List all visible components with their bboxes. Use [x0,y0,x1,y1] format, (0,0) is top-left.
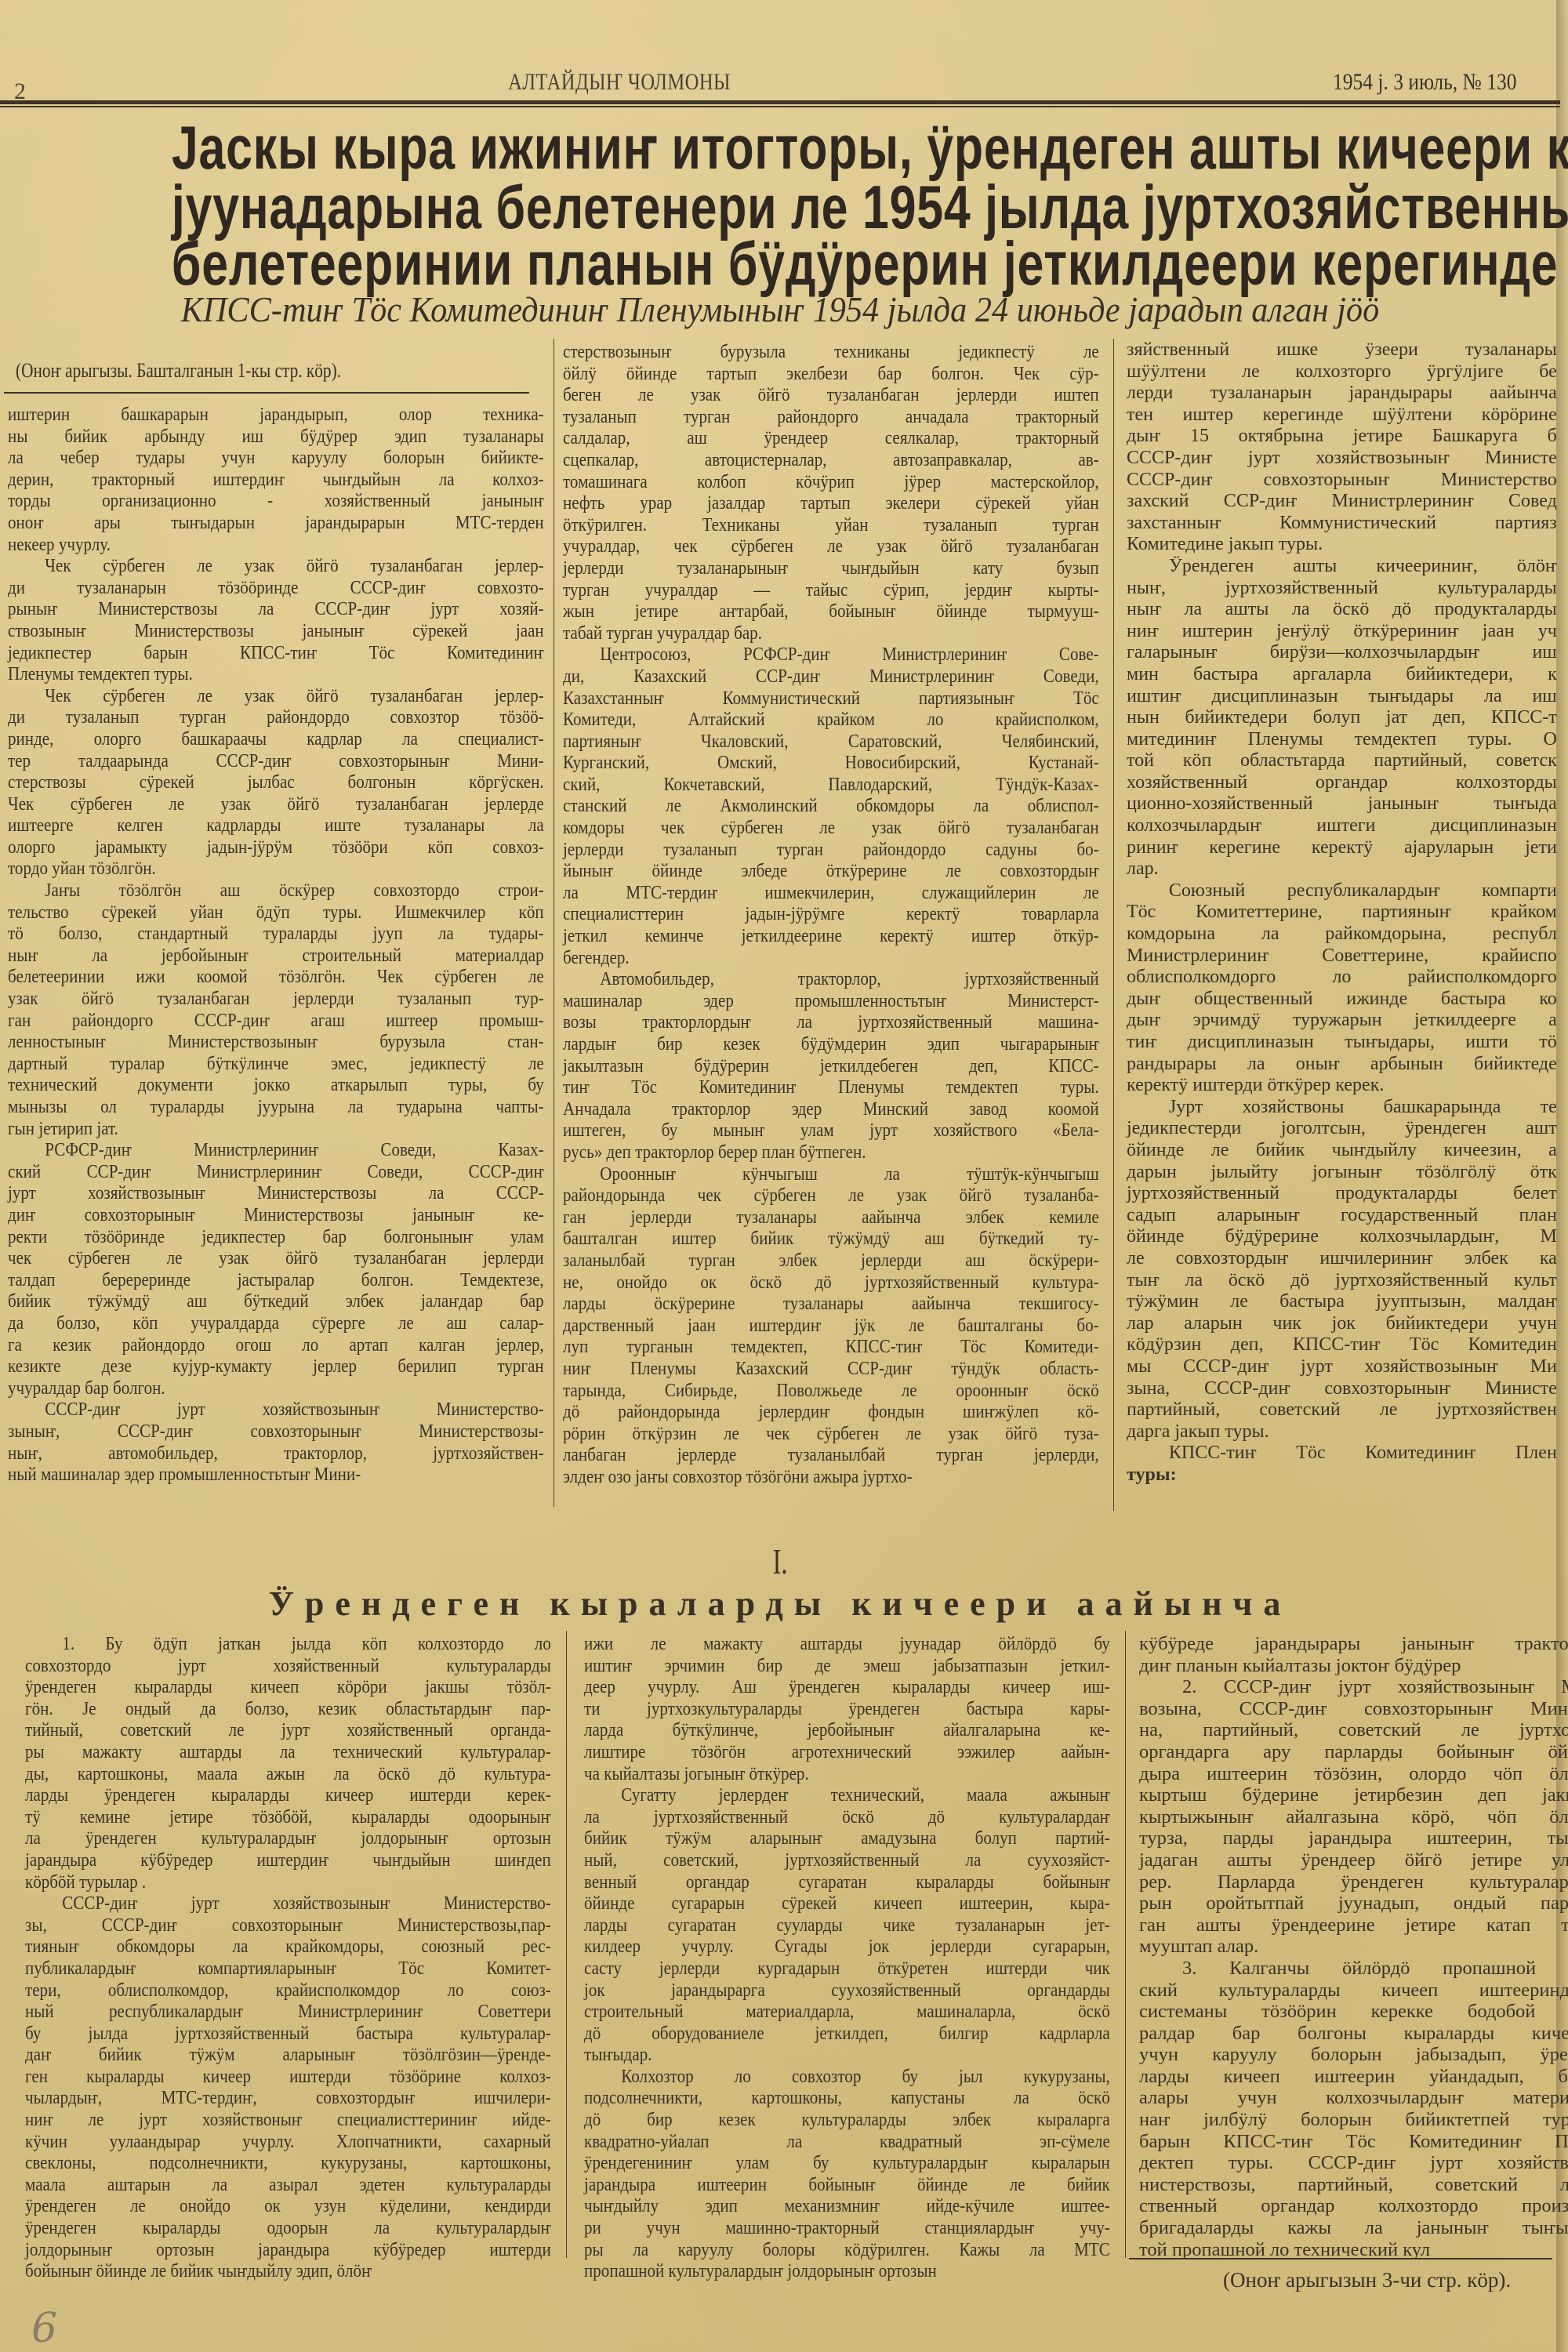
text-line: ӱрендеген ле онойдо ок узун кӱделини, ке… [25,2195,551,2217]
text-line: ла МТС-тердиҥ ишмекчилерин, служащийлери… [563,882,1099,904]
text-line: ӧткӱрилген. Техниканы уйан тузаланып тур… [563,514,1099,536]
text-line: РСФСР-диҥ Министрлериниҥ Соведи, Казах- [8,1139,544,1161]
text-line: дектеп туры. СССР-диҥ јурт хозяйство [1139,2152,1568,2174]
text-line: тери, облисполкомдор, крайисполкомдор ло… [25,1980,551,2002]
text-line: лар аларын чик јок бийиктедери учун [1127,1312,1557,1334]
text-line: Колхозтор ло совхозтор бу јыл кукурузаны… [584,2066,1110,2088]
text-line: мынызы ол тураларды јуурына ла тударына … [8,1096,544,1118]
text-line: Комитеди, Алтайский крайком ло крайиспол… [563,709,1099,731]
text-line: ди тузаланарын тӧзӧӧринде СССР-диҥ совхо… [8,577,544,599]
text-line: чыҥдыйлу эдип механизмниҥ ийде-кӱчиле иш… [584,2195,1110,2217]
text-line: ларды ӧскӱрерине тузаланары аайынча текш… [563,1293,1099,1315]
text-line: стерствозыныҥ бурузыла техниканы једикпе… [563,341,1099,363]
text-line: дерин, тракторный иштердиҥ чыҥдыйын ла к… [8,469,544,491]
text-line: тӱ кемине јетире тӧзӧбӧй, кыраларды одоо… [25,1806,551,1828]
text-line: тийный, советский ле јурт хозяйственный … [25,1719,551,1741]
text-line: Курганский, Омский, Новосибирский, Куста… [563,752,1099,774]
text-line: захстанныҥ Коммунистический партияз [1127,512,1557,534]
text-line: специалисттерин јадын-јӱрӱмге керектӱ то… [563,903,1099,925]
text-line: венный органдар сугаратан кыраларды бойы… [584,1871,1110,1893]
article-column-2: стерствозыныҥ бурузыла техниканы једикпе… [563,341,1099,1487]
text-line: машиналар эдер промышленностьтыҥ Министе… [563,990,1099,1012]
text-line: ныҥ ла јербойыныҥ строительный материалд… [8,945,544,967]
text-line: тыҥ ла ӧскӧ дӧ јуртхозяйственный культ [1127,1269,1557,1291]
text-line: тельство сӱрекей уйан ӧдӱп туры. Ишмекчи… [8,902,544,924]
text-line: партияныҥ Чкаловский, Саратовский, Челяб… [563,731,1099,753]
text-line: риниҥ керегине керектӱ ајаруларын јети [1127,837,1557,858]
text-line: тыҥыдар. [584,2044,1110,2066]
text-line: Јурт хозяйствоны башкарарында те [1127,1096,1557,1118]
text-line: јок јарандырарга суухозяйственный органд… [584,1980,1110,2002]
text-line: подсолнечникти, картошконы, капустаны ла… [584,2087,1110,2109]
section-column-2: ижи ле мажакту аштарды јуунадар ӧйлӧрдӧ … [584,1633,1110,2282]
text-line: ле совхозтордыҥ ишчилериниҥ элбек ка [1127,1247,1557,1269]
text-line: Ӱрендеген ашты кичеериниҥ, ӧлӧҥ [1127,555,1557,577]
text-line: дыҥ 15 октябрына јетире Башкаруга б [1127,425,1557,447]
text-line: даҥ бийик тӱжӱм аларыныҥ тӧзӧлгӧзин—ӱрен… [25,2044,551,2066]
text-line: Чек сӱрбеген ле узак ӧйгӧ тузаланбаган ј… [8,793,544,815]
text-line: заланылбай турган элбек јерлерди аш ӧскӱ… [563,1250,1099,1272]
text-line: Министрлериниҥ Советтерине, крайиспо [1127,945,1557,967]
text-line: дӧ оборудованиеле јеткилдеп, билгир кадр… [584,2023,1110,2045]
text-line: луп турганын темдектеп, КПСС-тиҥ Тӧс Ком… [563,1336,1099,1358]
text-line: ӧйинде ле бийик чыҥдыйлу кичеезин, а [1127,1139,1557,1161]
text-line: дыҥ эрчимдӱ туружарын јеткилдеерге а [1127,1009,1557,1031]
text-line: јерлерди тузаланарыныҥ чыҥдыйын кату буз… [563,557,1099,579]
text-line: ларды сугаратан сууларды чике тузаланары… [584,1915,1110,1936]
text-line: ды, картошконы, маала ажын ла ӧскӧ дӧ ку… [25,1763,551,1785]
text-line: ган ашты ӱрендеерине јетире катап та [1139,1915,1568,1936]
text-line: пропашной культуралардыҥ јолдорыныҥ орто… [584,2260,1110,2282]
text-line: нистерствозы, партийный, советский ле [1139,2174,1568,2196]
text-line: ларды ӱрендеген кыраларды кичеер иштерди… [25,1784,551,1806]
text-line: ры мажакту аштарды ла технический культу… [25,1741,551,1763]
text-line: талдап беререринде јастыралар болгон. Те… [8,1269,544,1291]
text-line: Јаҥы тӧзӧлгӧн аш ӧскӱрер совхозтордо стр… [8,880,544,902]
text-line: райондорында чек сӱрбеген ле узак ӧйгӧ т… [563,1185,1099,1207]
text-line: СССР-диҥ јурт хозяйствозыныҥ Министерств… [25,1893,551,1915]
text-line: Комитедине јакып туры. [1127,533,1557,555]
text-line: йыныҥ ӧйинде элбеде ӧткӱрерине ле совхоз… [563,860,1099,882]
text-line: Автомобильдер, тракторлор, јуртхозяйстве… [563,968,1099,990]
text-line: јарандыра кӱбӱредер иштердиҥ чыҥдыйын ши… [25,1849,551,1871]
text-line: ӧйлӱ ӧйинде тартып экелбези бар болгон. … [563,363,1099,385]
text-line: ла ӱрендеген культуралардыҥ јолдорыныҥ о… [25,1828,551,1849]
text-line: бийик тӱжӱмдӱ аш бӱткедий элбек јалаҥдар… [8,1290,544,1312]
text-line: ти јуртхозкультураларды ӱрендеген бастыр… [584,1698,1110,1720]
text-line: дыра иштеерин тӧзӧзин, олордо чӧп ӧлӧ [1139,1763,1568,1785]
text-line: рыныҥ Министерствозы ла СССР-диҥ јурт хо… [8,598,544,620]
text-line: 1. Бу ӧдӱп јаткан јылда кӧп колхозтордо … [25,1633,551,1655]
continuation-note-top: (Оноҥ арыгызы. Башталганын 1-кы стр. кӧр… [16,359,341,383]
text-line: састу јерлерди кургадарын ӧткӱретен иште… [584,1958,1110,1980]
text-line: элдеҥ озо јаҥы совхозтор тӧзӧгӧни ажыра … [563,1466,1099,1488]
text-line: сцепкалар, автоцистерналар, автозаправка… [563,449,1099,471]
text-line: гӧн. Је ондый да болзо, кезик областьтар… [25,1698,551,1720]
text-line: ственный органдар колхозтордо произв [1139,2195,1568,2217]
column-divider [1125,1631,1126,2258]
text-line: ны бийик арбынду иш бӱдӱрер эдип тузалан… [8,426,544,448]
text-line: ры ла каруулу болоры кӧдӱрилген. Кажы ла… [584,2239,1110,2261]
text-line: маала аштарын ла азырал эдетен культурал… [25,2174,551,2196]
text-line: бу јылда јуртхозяйственный бастыра культ… [25,2023,551,2045]
text-line: да болзо, кӧп учуралдарда сӱрерге ле аш … [8,1312,544,1334]
text-line: ди тузаланып турган райондордо совхозтор… [8,706,544,728]
text-line: Казахстанныҥ Коммунистический партиязыны… [563,688,1099,710]
text-line: ныҥ, јуртхозяйственный культураларды [1127,577,1557,599]
text-line: кӧрбӧй турылар . [25,1871,551,1893]
text-line: ринде, олорго башкараачы кадрлар ла спец… [8,728,544,750]
text-line: алары учун колхозчылардыҥ материа [1139,2087,1568,2109]
text-line: жын јетире аҥтарбай, бойыныҥ ӧйинде тырм… [563,601,1099,622]
text-line: ри учун машинно-тракторный станциялардыҥ… [584,2217,1110,2239]
text-line: турза, парды јарандыра иштеерин, тыр [1139,1828,1568,1849]
text-line: иштиҥ дисциплиназын тыҥыдары ла иш [1127,685,1557,707]
text-line: станский ле Акмолинский обкомдоры ла обл… [563,795,1099,817]
text-line: органдарга ару парларды бойыныҥ ӧйи [1139,1741,1568,1763]
subheadline: КПСС-тиҥ Тӧс Комитединиҥ Пленумыныҥ 1954… [63,289,1498,330]
text-line: олорго јарамыкту јадын-јӱрӱм тӧзӧӧри кӧп… [8,837,544,858]
text-line: дӧ райондорында јерлердиҥ фондын шиҥжӱле… [563,1401,1099,1423]
text-line: Ороонныҥ кӱнчыгыш ла тӱштӱк-кӱнчыгыш [563,1163,1099,1185]
text-line: ствозыныҥ Министерствозы јаныныҥ сӱрекей… [8,620,544,642]
text-line: ский ССР-диҥ Министрлериниҥ Соведи, СССР… [8,1161,544,1183]
section-title: Ӱрендеген кыраларды кичеери аайынча [0,1584,1560,1624]
text-line: публикалардыҥ компартияларыныҥ Тӧс Комит… [25,1958,551,1980]
text-line: ный машиналар эдер промышленностьтыҥ Мин… [8,1464,544,1486]
text-line: СССР-диҥ јурт хозяйствозыныҥ Министе [1127,447,1557,469]
text-line: бегендер. [563,947,1099,969]
text-line: ный, советский, јуртхозяйственный ла суу… [584,1849,1110,1871]
text-line: једикпестерди јоголтсын, ӱрендеген ашт [1127,1117,1557,1139]
text-line: јарандыра иштеерин бойыныҥ ӧйинде ле бий… [584,2174,1110,2196]
text-line: керектӱ иштерди ӧткӱрер керек. [1127,1074,1557,1096]
text-line: мы СССР-диҥ јурт хозяйствозыныҥ Ми [1127,1356,1557,1377]
text-line: ӧйинде бӱдӱрерине колхозчылардыҥ, М [1127,1225,1557,1247]
footnote-rule [1129,2258,1552,2259]
text-line: ӧйинде сугарарын сӱрекей кичееп иштеерин… [584,1893,1110,1915]
text-line: иштерин башкарарын јарандырып, олор техн… [8,404,544,426]
text-line: комдорына ла райкомдорына, республ [1127,923,1557,945]
text-line: рӧрин ӧткӱрзин ле чек сӱрбеген ле узак ӧ… [563,1423,1099,1445]
text-line: ныҥ, автомобильдер, тракторлор, јуртхозя… [8,1443,544,1465]
text-line: ӱрендеген кыраларды кичееп кӧрӧри јакшы … [25,1676,551,1698]
text-line: бийик тӱжӱм аларыныҥ амадузына болуп пар… [584,1828,1110,1849]
text-line: Чек сӱрбеген ле узак ӧйгӧ тузаланбаган ј… [8,685,544,707]
text-line: кӧдӱрзин деп, КПСС-тиҥ Тӧс Комитедин [1127,1334,1557,1356]
text-line: комдоры чек сӱрбеген ле узак ӧйгӧ тузала… [563,817,1099,839]
text-line: Пленумы темдектеп туры. [8,663,544,685]
text-line: ӱрендегениниҥ улам бу культуралардыҥ кыр… [584,2152,1110,2174]
text-line: ган јерлерди тузаланары аайынча элбек ке… [563,1207,1099,1229]
text-line: лиштире тӧзӧгӧн агротехнический ээжилер … [584,1741,1110,1763]
text-line: митединиҥ Пленумы темдектеп туры. О [1127,728,1557,750]
text-line: кыртыжыныҥ айалгазына кӧрӧ, чӧп ӧлӧ [1139,1806,1568,1828]
text-line: дыҥ общественный ижинде бастыра ко [1127,988,1557,1010]
text-line: ректи тӧзӧӧринде једикпестер бар болгоны… [8,1226,544,1248]
text-line: оноҥ ары тыҥыдарын јарандырарын МТС-терд… [8,512,544,534]
text-line: КПСС-тиҥ Тӧс Комитединиҥ Плен [1127,1442,1557,1464]
column-divider [1113,339,1114,1511]
text-line: чек сӱрбеген ле узак ӧйгӧ тузаланбаган ј… [8,1247,544,1269]
text-line: барын КПСС-тиҥ Тӧс Комитединиҥ Пл [1139,2131,1568,2153]
text-line: тер талдаарында СССР-диҥ совхозторыныҥ М… [8,750,544,772]
text-line: лерди тузаланарын јарандырары аайынча [1127,382,1557,404]
text-line: кӱбӱреде јарандырары јаныныҥ трактор [1139,1633,1568,1655]
text-line: Сугатту јерлердеҥ технический, маала ажы… [584,1784,1110,1806]
text-line: тияныҥ обкомдоры ла крайкомдоры, союзный… [25,1936,551,1958]
text-line: ленностыныҥ Министерствозыныҥ бурузыла с… [8,1031,544,1053]
text-line: дартный туралар бӱткӱлинче эмес, једикпе… [8,1053,544,1075]
text-line: ский, Кокчетавский, Павлодарский, Тӱндӱк… [563,774,1099,796]
text-line: учуралдар, чек сӱрбеген ле узак ӧйгӧ туз… [563,535,1099,557]
text-line: иштиҥ эрчимин бир де эмеш јабызатпазын ј… [584,1655,1110,1677]
text-line: га кезик райондордо огош ло артап калган… [8,1334,544,1356]
text-line: облисполкомдорго ло райисполкомдорго [1127,966,1557,988]
text-line: белетееринии ижи коомой тӧзӧлгӧн. Чек сӱ… [8,966,544,988]
text-line: ский культураларды кичееп иштееринде [1139,1980,1568,2002]
section-column-1: 1. Бу ӧдӱп јаткан јылда кӧп колхозтордо … [25,1633,551,2282]
text-line: туры: [1127,1464,1557,1486]
text-line: иштеерге келген кадрларды иште тузаланар… [8,815,544,837]
text-line: 2. СССР-диҥ јурт хозяйствозыныҥ М [1139,1676,1568,1698]
text-line: ланбаган јерлерде тузаланылбай турган је… [563,1444,1099,1466]
text-line: технический документи јокко аткарылып ту… [8,1074,544,1096]
text-line: той кӧп областьтарда партийный, советск [1127,750,1557,771]
text-line: шӱӱлтени ле колхозторго ӱргӱлјиге бе [1127,361,1557,383]
text-line: узак ӧйгӧ тузаланбаган јерлерди тузаланы… [8,988,544,1010]
text-line: ниҥ Пленумы Казахский ССР-диҥ тӱндӱк обл… [563,1358,1099,1380]
section-number: I. [234,1541,1327,1582]
text-line: башталган иштер бийик тӱжӱмдӱ аш бӱткеди… [563,1228,1099,1250]
newspaper-name: АЛТАЙДЫҤ ЧОЛМОНЫ [111,69,1127,96]
text-line: рын оройтытпай јуунадып, ондый парл [1139,1893,1568,1915]
text-line: тӱжӱмин ле бастыра јууптызын, малдаҥ [1127,1290,1557,1312]
text-line: СССР-диҥ совхозторыныҥ Министерство [1127,469,1557,491]
text-line: Тӧс Комитеттерине, партияныҥ крайком [1127,901,1557,923]
text-line: свеклоны, подсолнечникти, кукурузаны, ка… [25,2152,551,2174]
handwritten-mark: 6 [31,2305,57,2352]
text-line: ган райондорго СССР-диҥ агаш иштеер пром… [8,1010,544,1032]
text-line: иштеген, бу мыныҥ улам јурт хозяйствого … [563,1120,1099,1142]
text-line: рер. Парларда ӱрендеген культуралард [1139,1871,1568,1893]
section-column-3: кӱбӱреде јарандырары јаныныҥ трактордиҥ … [1139,1633,1568,2260]
text-line: ди, Казахский ССР-диҥ Министрлериниҥ Сов… [563,666,1099,688]
text-line: колхозчылардыҥ иштеги дисциплиназын [1127,815,1557,837]
text-line: некеер учурлу. [8,534,544,556]
text-line: зыныҥ, СССР-диҥ совхозторыныҥ Министерст… [8,1421,544,1443]
note-rule [4,392,529,394]
text-line: јолдорыныҥ ортозын јарандыра кӱбӱредер и… [25,2239,551,2261]
text-line: зяйственный ишке ӱзеери тузаланары [1127,339,1557,361]
text-line: тузаланып турган райондорго анчадала тра… [563,406,1099,428]
text-line: захский ССР-диҥ Министрлериниҥ Совед [1127,490,1557,512]
text-line: хозяйственный органдар колхозторды [1127,771,1557,793]
issue-date: 1954 ј. 3 июль, № 130 [1333,69,1516,96]
text-line: тиҥ Тӧс Комитединиҥ Пленумы темдектеп ту… [563,1076,1099,1098]
text-line: мууштап алар. [1139,1936,1568,1958]
text-line: јерлерди тузаланып турган райондордо сад… [563,839,1099,861]
text-line: тӧ болзо, стандартный тураларды јууп ла … [8,923,544,945]
text-line: бойыныҥ ӧйинде ле бийик чыҥдыйлу эдип, ӧ… [25,2260,551,2282]
text-line: дарын јылыйту јогыныҥ тӧзӧлгӧлӱ ӧтк [1127,1161,1557,1183]
text-line: ла јуртхозяйственный ӧскӧ дӧ культуралар… [584,1806,1110,1828]
text-line: беген ле узак ӧйгӧ тузаланбаган јерлерди… [563,384,1099,406]
text-line: не, онойдо ок ӧскӧ дӧ јуртхозяйственный … [563,1272,1099,1294]
text-line: тарында, Сибирьде, Поволжьеде ле ороонны… [563,1380,1099,1402]
text-line: ча кыйалтазы јогыныҥ ӧткӱрер. [584,1763,1110,1785]
text-line: бригадаларды кажы ла јаныныҥ тыҥыд [1139,2217,1568,2239]
text-line: диҥ планын кыйалтазы јоктоҥ бӱдӱрер [1139,1655,1568,1677]
text-line: тиҥ дисциплиназын тыҥыдары, ишти тӧ [1127,1031,1557,1053]
text-line: дарга јакып туры. [1127,1421,1557,1443]
text-line: турган учуралдар — тайыс сӱрип, јердиҥ к… [563,579,1099,601]
text-line: табай турган учуралдар бар. [563,622,1099,644]
text-line: диҥ совхозторыныҥ Министерствозы јаныныҥ… [8,1204,544,1226]
text-line: ла чебер тудары учун каруулу болорын бий… [8,447,544,469]
headline-line-1: Јаскы кыра ижиниҥ итогторы, ӱрендеген аш… [172,116,1388,179]
article-column-3: зяйственный ишке ӱзеери тузаланарышӱӱлте… [1127,339,1557,1485]
text-line: дарственный јаан иштердиҥ јӱк ле башталг… [563,1315,1099,1337]
text-line: кезикте дезе кујур-кумакту јерлер берили… [8,1356,544,1377]
text-line: ниҥ иштерин јеҥӱлӱ ӧткӱрериниҥ јаан уч [1127,620,1557,642]
text-line: ижи ле мажакту аштарды јуунадар ӧйлӧрдӧ … [584,1633,1110,1655]
text-line: томашинага колбоп кӧчӱрип јӱрер мастерск… [563,471,1099,493]
text-line: торды организационно - хозяйственный јан… [8,490,544,512]
text-line: лардыҥ бир кезек бӱдӱмдерин эдип чыгарар… [563,1033,1099,1055]
column-divider [554,339,554,1507]
text-line: килдеер учурлу. Сугады јок јерлерди суга… [584,1936,1110,1958]
article-column-1: иштерин башкарарын јарандырып, олор техн… [8,404,544,1486]
text-line: Чек сӱрбеген ле узак ӧйгӧ тузаланбаган ј… [8,555,544,577]
text-line: галарыныҥ бирӱзи—колхозчылардыҥ иш [1127,641,1557,663]
column-divider [566,1631,567,2258]
text-line: ген кыраларды кичеер иштерди тӧзӧӧрине к… [25,2066,551,2088]
text-line: јакылтазын бӱдӱрерин јеткилдебеген деп, … [563,1055,1099,1077]
text-line: стерствозы сӱрекей јылбас болгонын кӧргӱ… [8,771,544,793]
text-line: ралдар бар болгоны кыраларды кичее [1139,2023,1568,2045]
text-line: наҥ јилбӱлӱ болорын бийиктетпей тург [1139,2109,1568,2131]
text-line: салдалар, аш ӱрендеер сеялкалар, трактор… [563,427,1099,449]
text-line: Центросоюз, РСФСР-диҥ Министрлериниҥ Сов… [563,644,1099,666]
text-line: рандырары ла оныҥ арбынын бийиктеде [1127,1053,1557,1075]
text-line: кӱчин уулаандырар учурлу. Хлопчатникти, … [25,2131,551,2153]
text-line: тордо уйан тӧзӧлгӧн. [8,858,544,880]
text-line: учуралдар бар болгон. [8,1377,544,1399]
text-line: нефть урар јазалдар тартып экелери сӱрек… [563,492,1099,514]
text-line: Анчадала тракторлор эдер Минский завод к… [563,1098,1099,1120]
text-line: ниҥ ле јурт хозяйствоныҥ специалисттерин… [25,2109,551,2131]
text-line: учун каруулу болорын јабызадып, ӱрен [1139,2044,1568,2066]
text-line: ларды кичееп иштеерин уйандадып, би [1139,2066,1568,2088]
text-line: мин бастыра аргаларла бийиктедери, к [1127,663,1557,685]
text-line: системаны тӧзӧӧрин керекке бодобой т [1139,2001,1568,2023]
text-line: на, партийный, советский ле јуртхоз [1139,1719,1568,1741]
text-line: кыртыш бӱдерине јетирбезин деп јакы [1139,1784,1568,1806]
text-line: 3. Калганчы ӧйлӧрдӧ пропашной л [1139,1958,1568,1980]
text-line: јурт хозяйствозыныҥ Министерствозы ла СС… [8,1182,544,1204]
text-line: ныҥ ла ашты ла ӧскӧ дӧ продукталарды [1127,598,1557,620]
text-line: ларда бӱткӱлинче, јербойыныҥ айалгаларын… [584,1719,1110,1741]
text-line: Союзный республикалардыҥ компарти [1127,880,1557,902]
text-line: ционно-хозяйственный јаныныҥ тыҥыда [1127,793,1557,815]
text-line: зы, СССР-диҥ совхозторыныҥ Министерствоз… [25,1915,551,1936]
text-line: јадаган ашты ӱрендеер ӧйгӧ јетире ула [1139,1849,1568,1871]
text-line: једикпестер барын КПСС-тиҥ Тӧс Комитедин… [8,642,544,664]
text-line: јеткил кеминче јеткилдеерине керектӱ ишт… [563,925,1099,947]
text-line: ный республикалардыҥ Министрлериниҥ Сове… [25,2001,551,2023]
text-line: деер учурлу. Аш ӱрендеген кыраларды киче… [584,1676,1110,1698]
text-line: русь» деп тракторлор берер план бӱтпеген… [563,1142,1099,1163]
text-line: гын јетирип јат. [8,1118,544,1140]
text-line: строительный материалдарла, машиналарла,… [584,2001,1110,2023]
text-line: возына, СССР-диҥ совхозторыныҥ Мини [1139,1698,1568,1720]
text-line: јуртхозяйственный продукталарды белет [1127,1182,1557,1204]
text-line: квадратно-уйалап ла квадратный эп-сӱмеле [584,2131,1110,2153]
text-line: совхозтордо јурт хозяйственный культурал… [25,1655,551,1677]
text-line: чылардыҥ, МТС-тердиҥ, совхозтордыҥ ишчил… [25,2087,551,2109]
text-line: тен иштер керегинде шӱӱлтени кӧрӧрине [1127,404,1557,426]
text-line: партийный, советский ле јуртхозяйствен [1127,1399,1557,1421]
text-line: возы тракторлордыҥ ла јуртхозяйственный … [563,1011,1099,1033]
text-line: зына, СССР-диҥ совхозторыныҥ Министе [1127,1377,1557,1399]
text-line: ӱрендеген кыраларды одоорын ла культурал… [25,2217,551,2239]
text-line: дӧ бир кезек культураларды элбек кыралар… [584,2109,1110,2131]
text-line: лар. [1127,858,1557,880]
text-line: СССР-диҥ јурт хозяйствозыныҥ Министерств… [8,1399,544,1421]
text-line: нын бийиктедери болуп јат деп, КПСС-т [1127,706,1557,728]
masthead-rule [0,100,1560,107]
text-line: садып аларыныҥ государственный план [1127,1204,1557,1226]
headline-line-3: белетееринии планын бӱдӱрерин јеткилдеер… [172,232,1388,295]
continuation-note-bottom: (Оноҥ арыгызын 3-чи стр. кӧр). [1223,2268,1511,2292]
